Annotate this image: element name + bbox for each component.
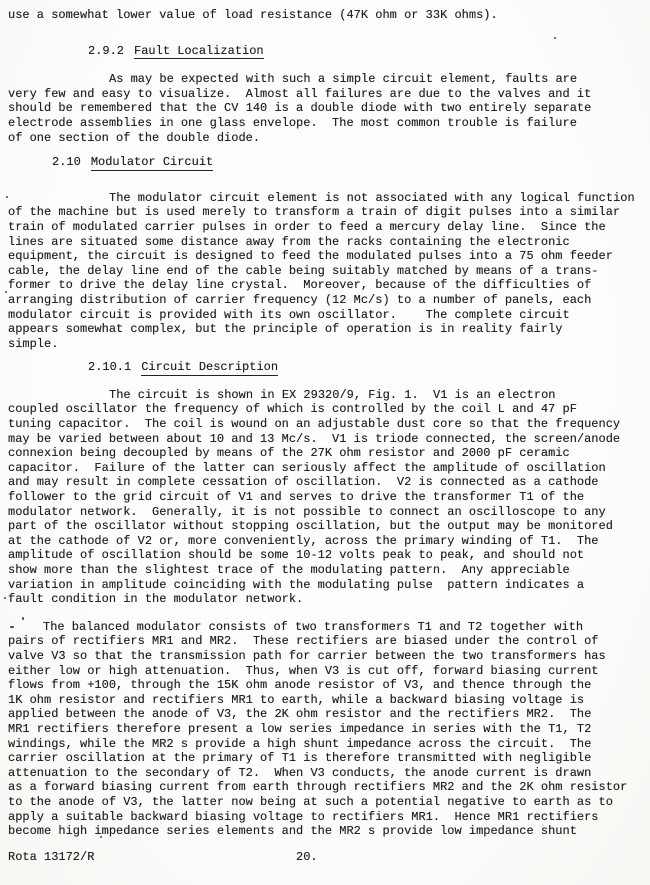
scan-speck [554,37,556,39]
page-number: 20. [296,850,318,865]
scan-speck [22,617,24,620]
paragraph-balanced-modulator: The balanced modulator consists of two t… [8,620,642,839]
section-heading-2-9-2: 2.9.2Fault Localization [8,44,642,59]
section-number: 2.9.2 [88,44,124,58]
document-page: use a somewhat lower value of load resis… [0,0,650,885]
document-reference: Rota 13172/R [8,850,94,864]
section-heading-2-10: 2.10Modulator Circuit [8,155,642,170]
page-footer: Rota 13172/R20. [8,850,642,865]
scan-speck [10,626,14,628]
paragraph-modulator-circuit: The modulator circuit element is not ass… [8,191,642,352]
scan-speck [4,597,6,599]
scan-speck [5,291,7,293]
section-heading-2-10-1: 2.10.1Circuit Description [8,360,642,375]
section-number: 2.10.1 [88,360,131,374]
paragraph-fault-localization: As may be expected with such a simple ci… [8,72,642,145]
section-title: Circuit Description [141,360,278,376]
section-title: Fault Localization [134,44,264,60]
paragraph-circuit-description: The circuit is shown in EX 29320/9, Fig.… [8,388,642,607]
scan-speck [100,836,102,838]
section-title: Modulator Circuit [91,155,213,171]
section-number: 2.10 [52,155,81,169]
continuation-text: use a somewhat lower value of load resis… [8,8,642,23]
scan-speck [6,196,8,198]
